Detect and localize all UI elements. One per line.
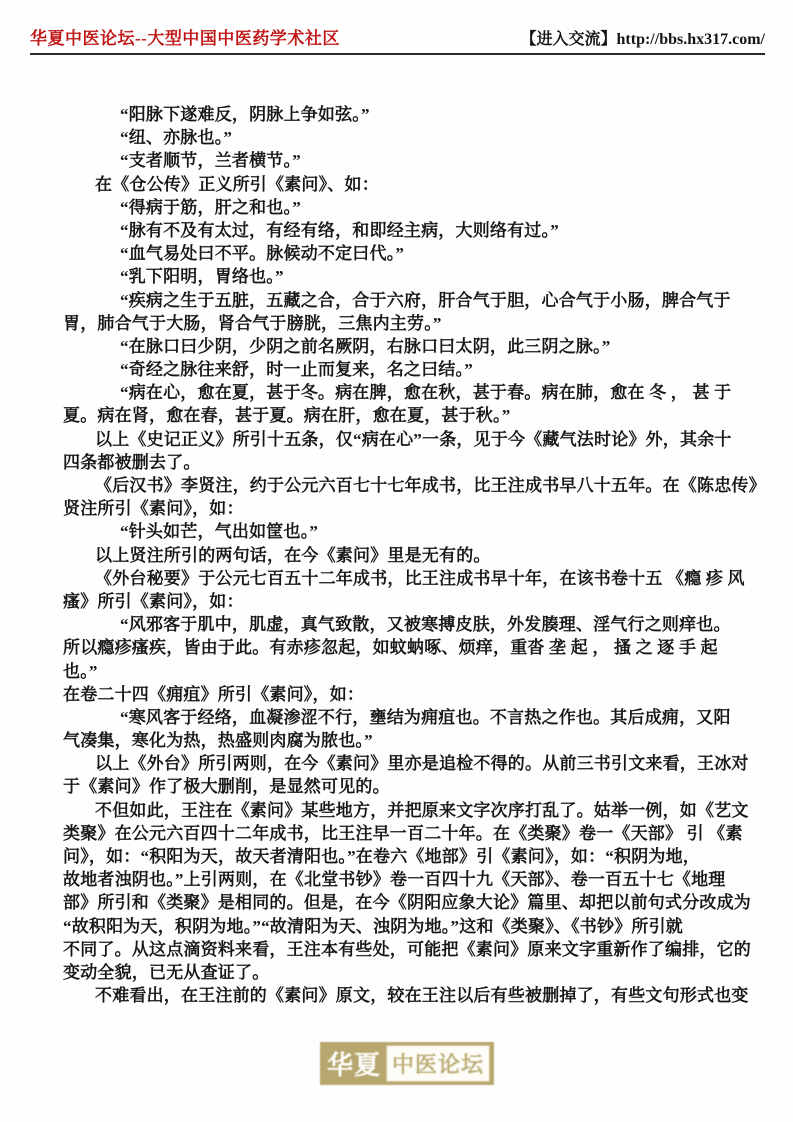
text-line: 类聚》在公元六百四十二年成书，比王注早一百二十年。在《类聚》卷一《天部》 引 《…: [63, 822, 748, 845]
text-line: “病在心，愈在夏，甚于冬。病在脾，愈在秋，甚于春。病在肺，愈在 冬 ， 甚 于: [63, 381, 748, 404]
text-line: 以上贤注所引的两句话，在今《素问》里是无有的。: [63, 544, 748, 567]
text-line: “奇经之脉往来舒，时一止而复来，名之曰结。”: [63, 358, 748, 381]
text-line: “针头如芒，气出如筐也。”: [63, 520, 748, 543]
text-line: “纽、亦脉也。”: [63, 126, 748, 149]
text-line: 在卷二十四《痈疽》所引《素问》，如：: [63, 683, 748, 706]
text-line: 《后汉书》李贤注，约于公元六百七十七年成书，比王注成书早八十五年。在《陈忠传》: [63, 474, 748, 497]
text-line: “疾病之生于五脏，五藏之合，合于六府，肝合气于胆，心合气于小肠，脾合气于: [63, 289, 748, 312]
text-line: “风邪客于肌中，肌虚，真气致散，又被寒搏皮肤，外发腠理、淫气行之则痒也。: [63, 613, 748, 636]
text-line: 不难看出，在王注前的《素问》原文，较在王注以后有些被删掉了，有些文句形式也变: [63, 984, 748, 1007]
text-line: 以上《史记正义》所引十五条，仅“病在心”一条，见于今《藏气法时论》外，其余十: [63, 428, 748, 451]
text-line: “得病于筋，肝之和也。”: [63, 196, 748, 219]
site-title: 华夏中医论坛--大型中国中医药学术社区: [30, 24, 340, 49]
text-line: 以上《外台》所引两则，在今《素问》里亦是追检不得的。从前三书引文来看，王冰对: [63, 752, 748, 775]
text-line: “阳脉下遂难反，阴脉上争如弦。”: [63, 103, 748, 126]
text-line: 变动全貌，已无从查证了。: [63, 961, 748, 984]
text-line: “乳下阳明，胃络也。”: [63, 265, 748, 288]
text-line: 所以瘾疹瘙疾，皆由于此。有赤疹忽起，如蚊蚋啄、烦痒，重沓 垄 起 ， 搔 之 逐…: [63, 636, 748, 659]
body-text: “阳脉下遂难反，阴脉上争如弦。”“纽、亦脉也。”“支者顺节，兰者横节。”在《仓公…: [63, 103, 748, 1007]
forum-logo-text-zhongyiluntan: 中医论坛: [386, 1045, 490, 1082]
text-line: 部》所引和《类聚》是相同的。但是，在今《阴阳应象大论》篇里、却把以前句式分改成为: [63, 891, 748, 914]
forum-logo-watermark: 华夏 中医论坛: [320, 1042, 494, 1085]
text-line: 于《素问》作了极大删削，是显然可见的。: [63, 775, 748, 798]
text-line: 《外台秘要》于公元七百五十二年成书，比王注成书早十年，在该书卷十五 《瘾 疹 风: [63, 567, 748, 590]
text-line: 不同了。从这点滴资料来看，王注本有些处，可能把《素问》原来文字重新作了编排，它的: [63, 938, 748, 961]
page-header: 华夏中医论坛--大型中国中医药学术社区 【进入交流】http://bbs.hx3…: [30, 24, 765, 49]
text-line: 四条都被删去了。: [63, 451, 748, 474]
text-line: 故地者浊阴也。”上引两则，在《北堂书钞》卷一百四十九《天部》、卷一百五十七《地理: [63, 868, 748, 891]
forum-logo-text-huaxia: 华夏: [327, 1045, 386, 1082]
header-divider: [30, 53, 765, 55]
text-line: 贤注所引《素问》，如：: [63, 497, 748, 520]
join-forum-link[interactable]: 【进入交流】http://bbs.hx317.com/: [521, 26, 765, 49]
text-line: “支者顺节，兰者横节。”: [63, 149, 748, 172]
text-line: “寒风客于经络，血凝渗涩不行，壅结为痈疽也。不言热之作也。其后成痈，又阳: [63, 706, 748, 729]
text-line: 也。”: [63, 660, 748, 683]
text-line: 在《仓公传》正义所引《素问》、如：: [63, 173, 748, 196]
text-line: 问》，如：“积阳为天，故天者清阳也。”在卷六《地部》引《素问》，如：“积阴为地，: [63, 845, 748, 868]
text-line: 夏。病在肾，愈在春，甚于夏。病在肝，愈在夏，甚于秋。”: [63, 404, 748, 427]
text-line: 胃，肺合气于大肠，肾合气于膀胱，三焦内主劳。”: [63, 312, 748, 335]
text-line: “脉有不及有太过，有经有络，和即经主病，大则络有过。”: [63, 219, 748, 242]
text-line: 气凑集，寒化为热，热盛则肉腐为脓也。”: [63, 729, 748, 752]
text-line: “故积阳为天，积阴为地。”“故清阳为天、浊阴为地。”这和《类聚》、《书钞》所引就: [63, 915, 748, 938]
text-line: “在脉口曰少阴，少阴之前名厥阴，右脉口曰太阴，此三阴之脉。”: [63, 335, 748, 358]
text-line: 瘙》所引《素问》，如：: [63, 590, 748, 613]
text-line: 不但如此，王注在《素问》某些地方，并把原来文字次序打乱了。姑举一例，如《艺文: [63, 799, 748, 822]
text-line: “血气易处曰不平。脉候动不定曰代。”: [63, 242, 748, 265]
